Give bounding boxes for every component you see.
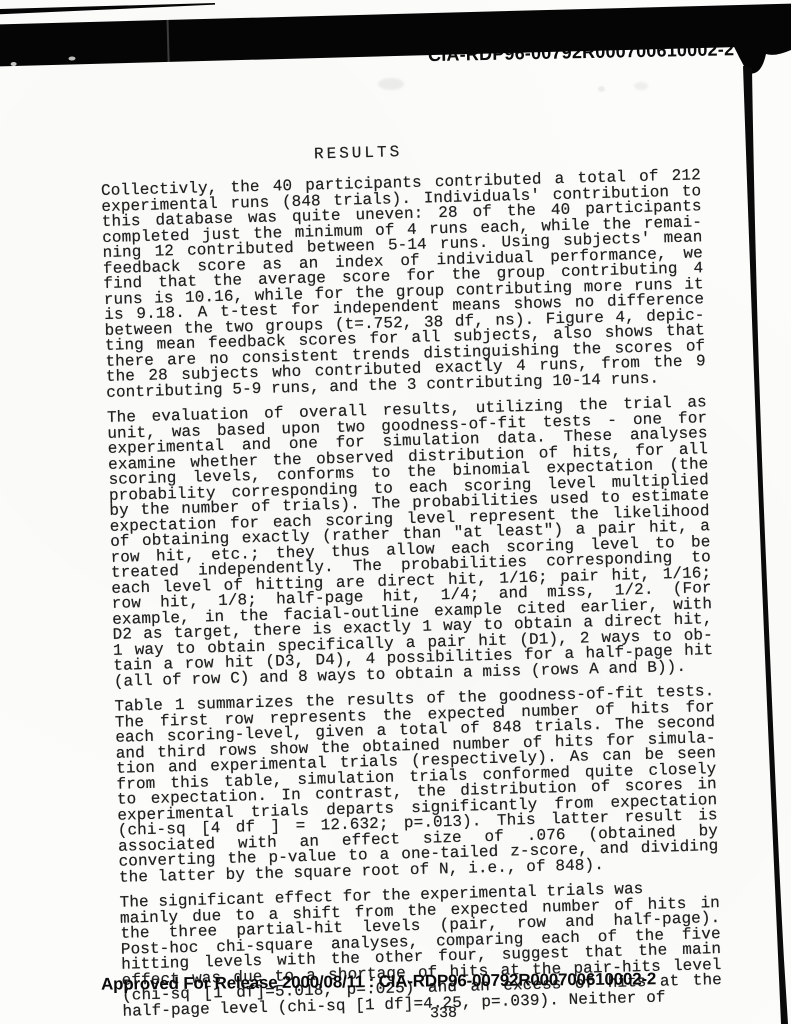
scanned-document-page: CIA-RDP96-00792R000700610002-2 RESULTS C… [0,0,791,1024]
page-number: 338 [430,1006,457,1022]
paragraphs: Collectivly, the 40 participants contrib… [101,168,723,1019]
paragraph: The significant effect for the experimen… [119,880,722,1020]
scan-speck [68,56,75,60]
edge-line [743,66,788,1024]
paragraph: Collectivly, the 40 participants contrib… [101,168,706,401]
paragraph: Table 1 summarizes the results of the go… [114,684,719,886]
scan-smudge [634,82,648,90]
section-title: RESULTS [100,136,700,168]
scan-smudge [378,78,404,90]
scan-smudge [598,86,605,92]
scan-artifact-line [0,3,215,15]
paragraph: The evaluation of overall results, utili… [107,395,714,690]
scan-band-gap [167,20,170,62]
document-body: RESULTS Collectivly, the 40 participants… [100,136,723,1024]
scan-speck [11,62,17,66]
